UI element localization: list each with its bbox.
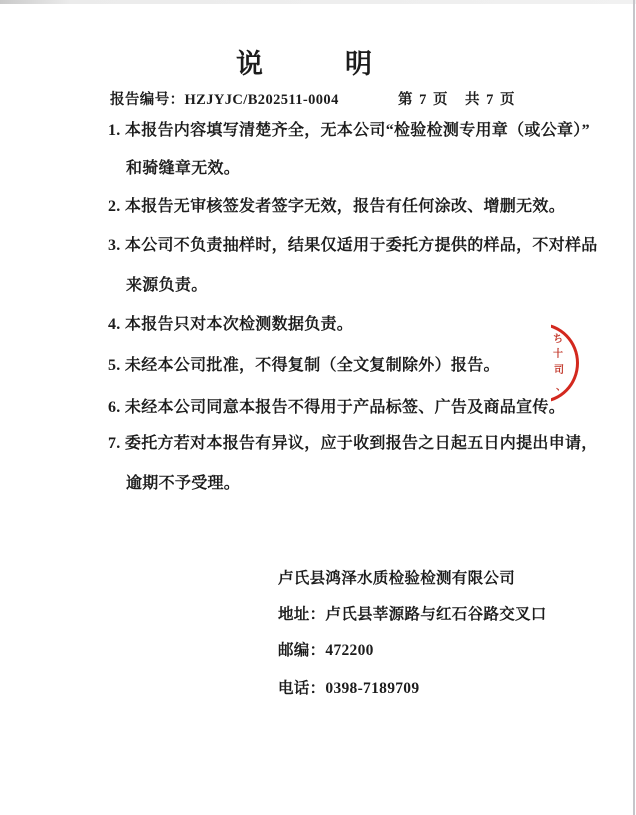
page-title-char-left: 说 bbox=[236, 49, 263, 79]
partial-red-seal-stamp: ち 十 司 、 bbox=[551, 320, 585, 402]
scan-artifact-right-edge bbox=[633, 0, 635, 815]
scan-artifact-top-band bbox=[0, 0, 636, 4]
note-6: 6. 未经本公司同意本报告不得用于产品标签、广告及商品宣传。 bbox=[108, 394, 565, 417]
note-4: 4. 本报告只对本次检测数据负责。 bbox=[108, 311, 353, 334]
seal-text-fragment: 司 bbox=[554, 366, 564, 376]
report-explanation-page: 说明 报告编号：HZJYJC/B202511-0004 第 7 页 共 7 页 … bbox=[0, 0, 636, 815]
note-7-line-1: 7. 委托方若对本报告有异议，应于收到报告之日起五日内提出申请， bbox=[108, 430, 598, 453]
note-2: 2. 本报告无审核签发者签字无效，报告有任何涂改、增删无效。 bbox=[108, 193, 565, 216]
page-title-char-right: 明 bbox=[345, 49, 372, 79]
note-1-line-2: 和骑缝章无效。 bbox=[126, 155, 240, 178]
company-name: 卢氏县鸿泽水质检验检测有限公司 bbox=[278, 566, 515, 588]
report-number: 报告编号：HZJYJC/B202511-0004 bbox=[110, 88, 339, 109]
company-address: 地址：卢氏县莘源路与红石谷路交叉口 bbox=[278, 602, 547, 624]
page-number-info: 第 7 页 共 7 页 bbox=[398, 88, 516, 109]
note-1-line-1: 1. 本报告内容填写清楚齐全，无本公司“检验检测专用章（或公章）” bbox=[108, 117, 590, 140]
company-postal-code: 邮编：472200 bbox=[278, 638, 374, 660]
company-phone: 电话：0398-7189709 bbox=[278, 676, 419, 698]
note-7-line-2: 逾期不予受理。 bbox=[126, 470, 240, 493]
page-title: 说明 bbox=[236, 42, 372, 81]
seal-text-fragment: 、 bbox=[556, 383, 566, 393]
seal-text-fragment: ち bbox=[553, 335, 563, 345]
seal-text-fragment: 十 bbox=[553, 350, 563, 360]
note-3-line-1: 3. 本公司不负责抽样时，结果仅适用于委托方提供的样品，不对样品 bbox=[108, 232, 598, 255]
note-5: 5. 未经本公司批准，不得复制（全文复制除外）报告。 bbox=[108, 352, 500, 375]
note-3-line-2: 来源负责。 bbox=[126, 272, 208, 295]
